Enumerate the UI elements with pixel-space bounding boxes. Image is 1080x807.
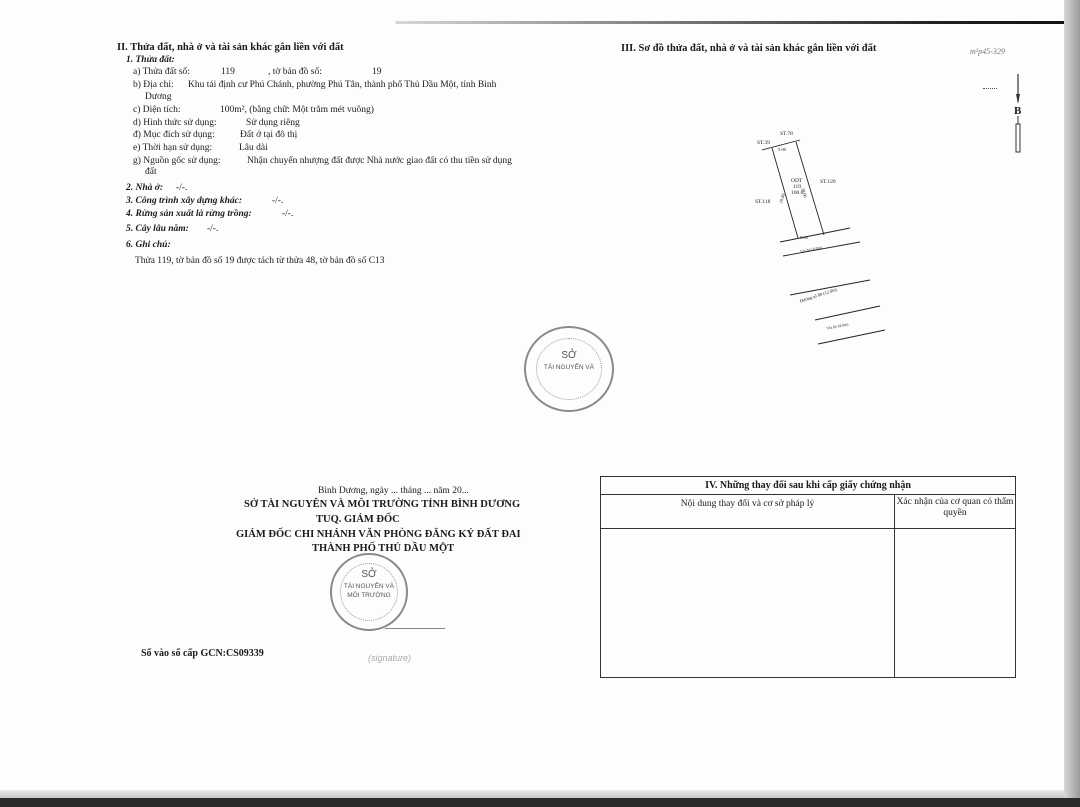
house-value: -/-.: [176, 183, 187, 193]
sidewalk-bottom: Vỉa hè (4.0m): [826, 321, 850, 330]
signer-name: (signature): [368, 653, 411, 663]
forest-value: -/-.: [282, 209, 293, 219]
area-value: 100m², (bằng chữ: Một trăm mét vuông): [220, 105, 374, 115]
origin-value-cont: đất: [145, 167, 157, 177]
neighbor-st78: ST.78: [780, 131, 793, 137]
notes-value: Thửa 119, tờ bản đồ số 19 được tách từ t…: [135, 256, 385, 266]
section2-title: II. Thửa đất, nhà ở và tài sản khác gắn …: [117, 42, 344, 53]
other-works-label: 3. Công trình xây dựng khác:: [126, 196, 242, 206]
registry-label: Số vào sổ cấp GCN:CS09339: [141, 648, 264, 659]
branch-title: GIÁM ĐỐC CHI NHÁNH VĂN PHÒNG ĐĂNG KÝ ĐẤT…: [236, 529, 521, 540]
map-sheet-label: , tờ bản đồ số:: [268, 67, 322, 77]
address-label: b) Địa chỉ:: [133, 80, 174, 90]
address-value-cont: Dương: [145, 92, 172, 102]
term-label: e) Thời hạn sử dụng:: [133, 143, 212, 153]
page-bottom-edge: [0, 790, 1064, 798]
section4-title: IV. Những thay đổi sau khi cấp giấy chứn…: [601, 477, 1015, 495]
house-label: 2. Nhà ở:: [126, 183, 163, 193]
origin-value: Nhận chuyển nhượng đất được Nhà nước gia…: [247, 156, 512, 166]
neighbor-st118: ST.118: [755, 199, 771, 205]
neighbor-st120: ST.120: [820, 179, 836, 185]
edge-top: 5.00: [778, 147, 787, 152]
handwritten-note: m²p45-329: [970, 47, 1005, 56]
perennial-label: 5. Cây lâu năm:: [126, 224, 189, 234]
origin-label: g) Nguồn gốc sử dụng:: [133, 156, 220, 166]
certificate-page: II. Thửa đất, nhà ở và tài sản khác gắn …: [0, 0, 1064, 798]
signature-underline: [385, 628, 445, 629]
sidewalk-top: Vỉa hè (4.0m): [800, 245, 824, 254]
edge-bottom: 5.00: [800, 235, 809, 240]
use-form-label: d) Hình thức sử dụng:: [133, 118, 217, 128]
registry-number: CS09339: [226, 648, 264, 659]
scrollbar[interactable]: [1064, 0, 1080, 798]
neighbor-st39: ST.39: [757, 140, 770, 146]
notes-label: 6. Ghi chú:: [126, 240, 171, 250]
parcel-value: 119: [221, 67, 235, 77]
date-line: Bình Dương, ngày ... tháng ... năm 20...: [318, 486, 469, 496]
perennial-value: -/-.: [207, 224, 218, 234]
term-value: Lâu dài: [239, 143, 268, 153]
col-confirmation-header: Xác nhận của cơ quan có thẩm quyền: [895, 497, 1015, 519]
official-seal-1: SỞ TÀI NGUYÊN VÀ: [524, 326, 614, 412]
area-label: c) Diện tích:: [133, 105, 180, 115]
issuing-org: SỞ TÀI NGUYÊN VÀ MÔI TRƯỜNG TỈNH BÌNH DƯ…: [244, 499, 520, 510]
north-label: B: [1014, 105, 1021, 117]
changes-table: IV. Những thay đổi sau khi cấp giấy chứn…: [600, 476, 1016, 678]
scan-mark: [983, 88, 997, 90]
forest-label: 4. Rừng sản xuất là rừng trồng:: [126, 209, 252, 219]
tuq-label: TUQ. GIÁM ĐỐC: [316, 514, 400, 525]
map-sheet-value: 19: [372, 67, 382, 77]
purpose-value: Đất ở tại đô thị: [240, 130, 297, 140]
purpose-label: đ) Mục đích sử dụng:: [133, 130, 215, 140]
col-changes-header: Nội dung thay đổi và cơ sở pháp lý: [601, 499, 894, 509]
official-seal-2: SỞ TÀI NGUYÊN VÀ MÔI TRƯỜNG: [330, 553, 408, 631]
other-works-value: -/-.: [272, 196, 283, 206]
use-form-value: Sử dụng riêng: [246, 118, 300, 128]
road-label: Đường số 80 (12.0m): [799, 287, 838, 304]
parcel-label: a) Thửa đất số:: [133, 67, 190, 77]
city-title: THÀNH PHỐ THỦ DẦU MỘT: [312, 543, 454, 554]
parcel-diagram: ST.39 ST.78 ST.118 ST.120 ODT 119 100.0 …: [740, 120, 900, 360]
section3-title: III. Sơ đồ thửa đất, nhà ở và tài sản kh…: [621, 43, 876, 54]
land-heading: 1. Thửa đất:: [126, 55, 175, 65]
address-value: Khu tái định cư Phú Chánh, phường Phú Tâ…: [188, 80, 496, 90]
scan-edge-line: [395, 21, 1065, 24]
